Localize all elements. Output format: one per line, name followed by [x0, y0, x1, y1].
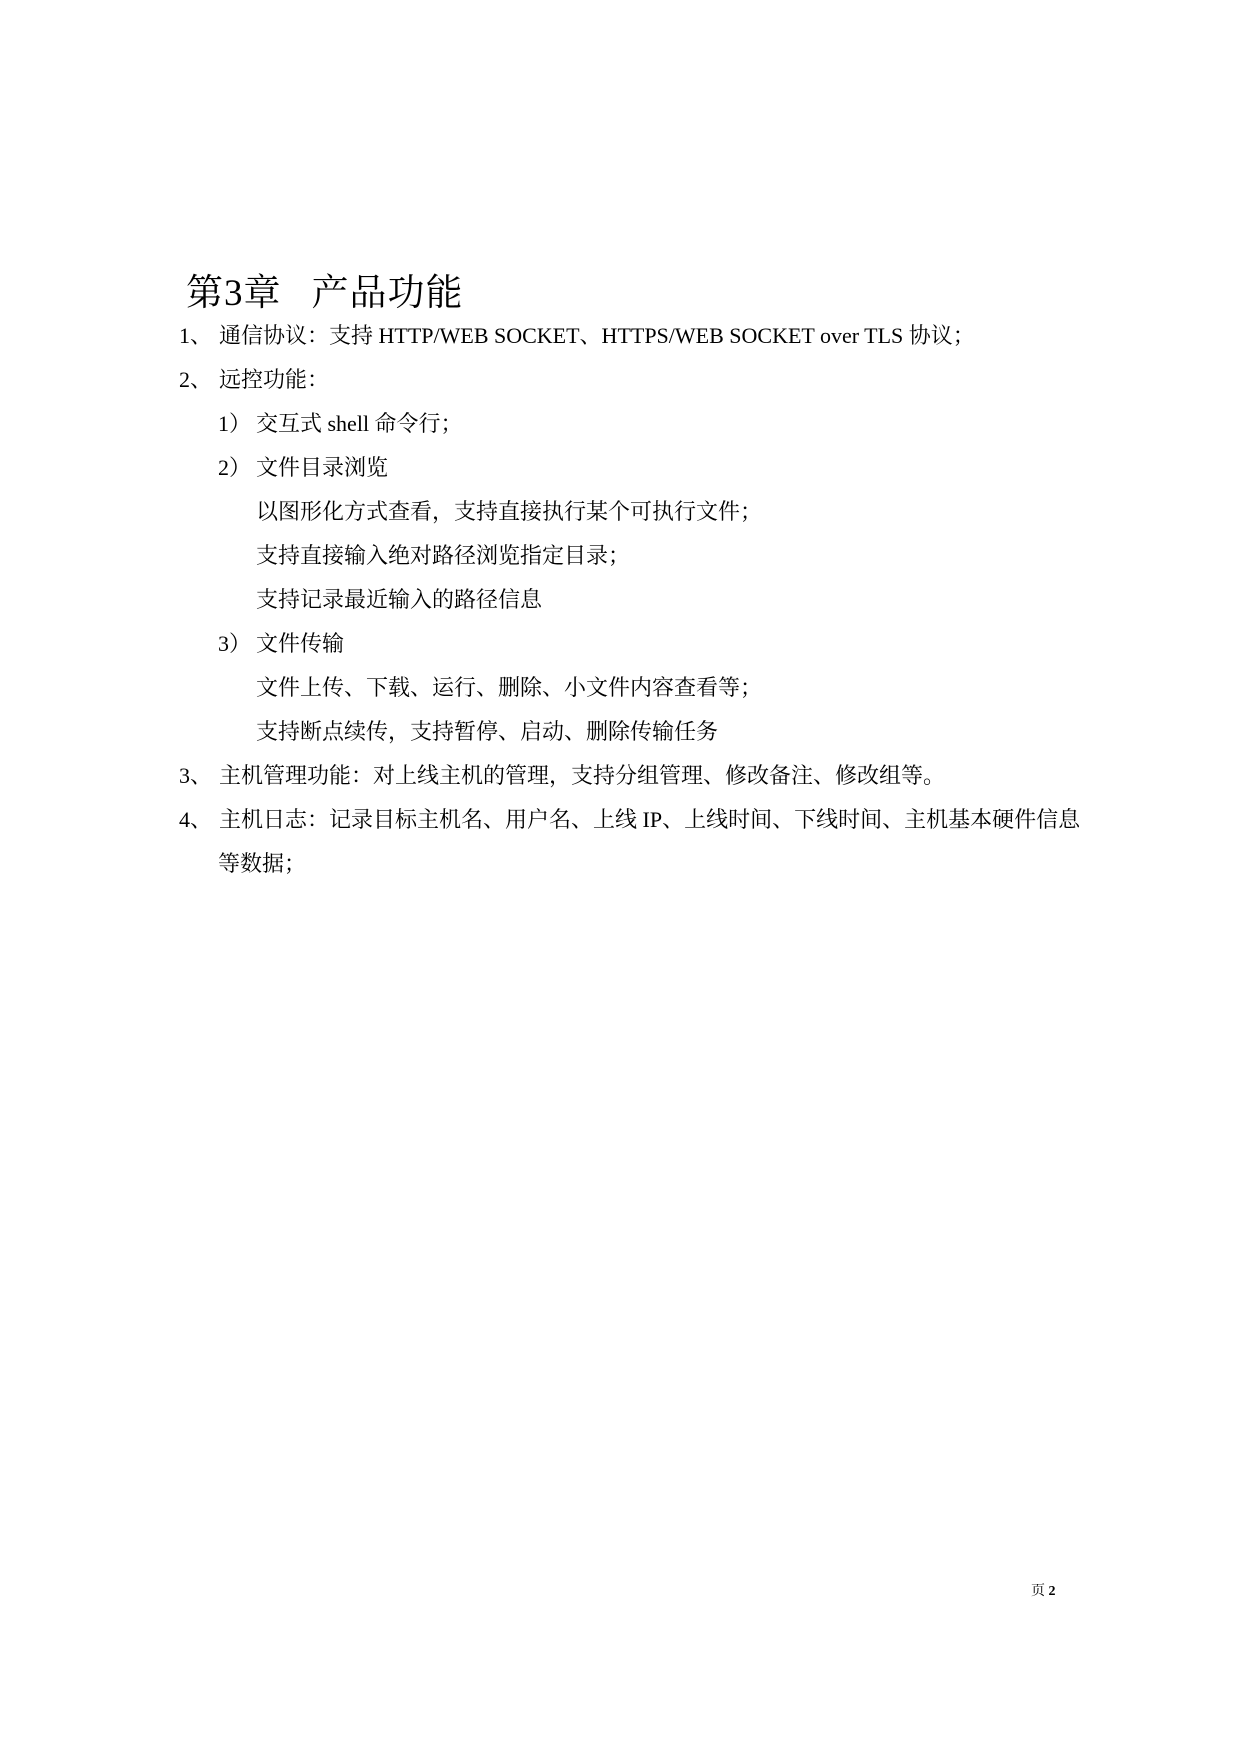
page-number: 2: [1049, 1584, 1056, 1599]
sublist-item-3: 3）文件传输: [0, 622, 1240, 666]
chapter-title: 第3章产品功能: [186, 270, 464, 318]
list-item-3: 3、主机管理功能：对上线主机的管理，支持分组管理、修改备注、修改组等。: [0, 754, 1240, 798]
detail-text: 以图形化方式查看，支持直接执行某个可执行文件；: [256, 499, 762, 524]
detail-line: 支持记录最近输入的路径信息: [0, 578, 1240, 622]
list-text: 交互式 shell 命令行；: [256, 411, 463, 436]
detail-line: 文件上传、下载、运行、删除、小文件内容查看等；: [0, 666, 1240, 710]
document-page: 第3章产品功能 1、通信协议：支持 HTTP/WEB SOCKET、HTTPS/…: [0, 0, 1240, 1754]
page-label: 页: [1031, 1584, 1045, 1599]
detail-text: 支持记录最近输入的路径信息: [256, 587, 542, 612]
sublist-item-2: 2）文件目录浏览: [0, 446, 1240, 490]
list-marker: 3）: [218, 622, 256, 666]
detail-line: 支持直接输入绝对路径浏览指定目录；: [0, 534, 1240, 578]
list-marker: 1）: [218, 402, 256, 446]
detail-text: 文件上传、下载、运行、删除、小文件内容查看等；: [256, 675, 762, 700]
document-body: 1、通信协议：支持 HTTP/WEB SOCKET、HTTPS/WEB SOCK…: [0, 314, 1240, 886]
list-marker: 2、: [179, 358, 219, 402]
list-item-2: 2、远控功能：: [0, 358, 1240, 402]
list-text: 文件传输: [256, 631, 344, 656]
list-marker: 2）: [218, 446, 256, 490]
sublist-item-1: 1）交互式 shell 命令行；: [0, 402, 1240, 446]
list-text: 文件目录浏览: [256, 455, 388, 480]
list-marker: 1、: [179, 314, 219, 358]
detail-text: 支持直接输入绝对路径浏览指定目录；: [256, 543, 630, 568]
continuation-line: 等数据；: [0, 842, 1240, 886]
list-text: 主机管理功能：对上线主机的管理，支持分组管理、修改备注、修改组等。: [219, 763, 945, 788]
chapter-heading: 产品功能: [312, 273, 464, 314]
continuation-text: 等数据；: [218, 851, 306, 876]
list-text: 远控功能：: [219, 367, 329, 392]
list-marker: 3、: [179, 754, 219, 798]
list-marker: 4、: [179, 798, 219, 842]
detail-line: 支持断点续传，支持暂停、启动、删除传输任务: [0, 710, 1240, 754]
page-footer: 页 2: [1031, 1583, 1056, 1601]
list-text: 主机日志：记录目标主机名、用户名、上线 IP、上线时间、下线时间、主机基本硬件信…: [219, 807, 1080, 832]
list-item-4: 4、主机日志：记录目标主机名、用户名、上线 IP、上线时间、下线时间、主机基本硬…: [0, 798, 1240, 842]
detail-text: 支持断点续传，支持暂停、启动、删除传输任务: [256, 719, 718, 744]
list-item-1: 1、通信协议：支持 HTTP/WEB SOCKET、HTTPS/WEB SOCK…: [0, 314, 1240, 358]
detail-line: 以图形化方式查看，支持直接执行某个可执行文件；: [0, 490, 1240, 534]
list-text: 通信协议：支持 HTTP/WEB SOCKET、HTTPS/WEB SOCKET…: [219, 323, 975, 348]
chapter-number: 第3章: [186, 273, 282, 314]
